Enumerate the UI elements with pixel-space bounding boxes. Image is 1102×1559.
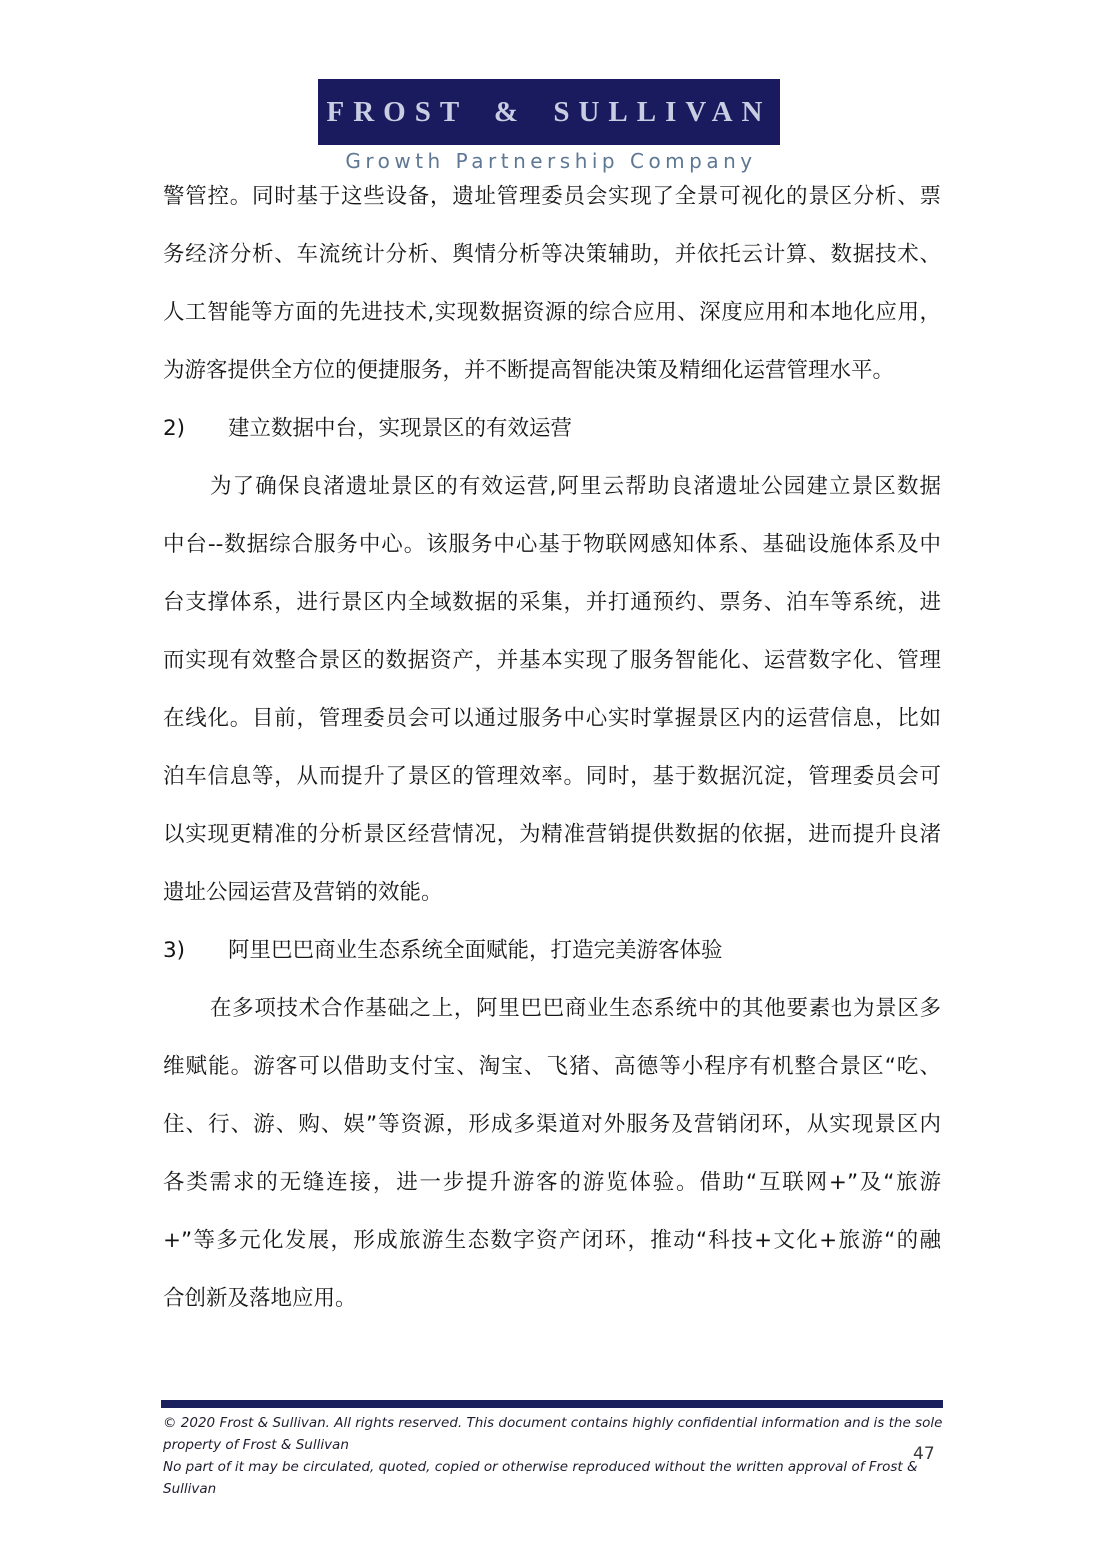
paragraph-2: 为了确保良渚遗址景区的有效运营,阿里云帮助良渚遗址公园建立景区数据 中台--数据… bbox=[163, 458, 941, 922]
paragraph-line: 警管控。同时基于这些设备，遗址管理委员会实现了全景可视化的景区分析、票 bbox=[163, 168, 941, 226]
paragraph-line: 中台--数据综合服务中心。该服务中心基于物联网感知体系、基础设施体系及中 bbox=[163, 516, 941, 574]
paragraph-line: 在线化。目前，管理委员会可以通过服务中心实时掌握景区内的运营信息，比如 bbox=[163, 690, 941, 748]
paragraph-line: 泊车信息等，从而提升了景区的管理效率。同时，基于数据沉淀，管理委员会可 bbox=[163, 748, 941, 806]
frost-sullivan-logo: FROST & SULLIVAN bbox=[318, 79, 780, 145]
document-body: 警管控。同时基于这些设备，遗址管理委员会实现了全景可视化的景区分析、票 务经济分… bbox=[163, 168, 941, 1328]
paragraph-line: 在多项技术合作基础之上，阿里巴巴商业生态系统中的其他要素也为景区多 bbox=[163, 980, 941, 1038]
paragraph-line: 各类需求的无缝连接，进一步提升游客的游览体验。借助“互联网+”及“旅游 bbox=[163, 1154, 941, 1212]
paragraph-line: 以实现更精准的分析景区经营情况，为精准营销提供数据的依据，进而提升良渚 bbox=[163, 806, 941, 864]
paragraph-line: 台支撑体系，进行景区内全域数据的采集，并打通预约、票务、泊车等系统，进 bbox=[163, 574, 941, 632]
paragraph-line: 务经济分析、车流统计分析、舆情分析等决策辅助，并依托云计算、数据技术、 bbox=[163, 226, 941, 284]
heading-text: 阿里巴巴商业生态系统全面赋能，打造完美游客体验 bbox=[228, 938, 723, 963]
section-heading-2: 2)建立数据中台，实现景区的有效运营 bbox=[163, 400, 941, 458]
paragraph-line: 而实现有效整合景区的数据资产，并基本实现了服务智能化、运营数字化、管理 bbox=[163, 632, 941, 690]
copyright-line-1: © 2020 Frost & Sullivan. All rights rese… bbox=[163, 1412, 943, 1456]
heading-text: 建立数据中台，实现景区的有效运营 bbox=[228, 416, 572, 441]
paragraph-1: 警管控。同时基于这些设备，遗址管理委员会实现了全景可视化的景区分析、票 务经济分… bbox=[163, 168, 941, 400]
heading-number: 2) bbox=[163, 400, 228, 458]
copyright-line-2: No part of it may be circulated, quoted,… bbox=[163, 1456, 943, 1500]
paragraph-line: 维赋能。游客可以借助支付宝、淘宝、飞猪、高德等小程序有机整合景区“吃、 bbox=[163, 1038, 941, 1096]
paragraph-line: 人工智能等方面的先进技术,实现数据资源的综合应用、深度应用和本地化应用， bbox=[163, 284, 941, 342]
page-number: 47 bbox=[913, 1444, 935, 1464]
logo-wordmark: FROST & SULLIVAN bbox=[327, 96, 772, 129]
paragraph-line: 为了确保良渚遗址景区的有效运营,阿里云帮助良渚遗址公园建立景区数据 bbox=[163, 458, 941, 516]
section-heading-3: 3)阿里巴巴商业生态系统全面赋能，打造完美游客体验 bbox=[163, 922, 941, 980]
paragraph-line: 合创新及落地应用。 bbox=[163, 1270, 941, 1328]
footer-divider-bar bbox=[161, 1400, 943, 1408]
footer-copyright: © 2020 Frost & Sullivan. All rights rese… bbox=[163, 1412, 943, 1500]
paragraph-line: +”等多元化发展，形成旅游生态数字资产闭环，推动“科技+文化+旅游“的融 bbox=[163, 1212, 941, 1270]
document-page: FROST & SULLIVAN Growth Partnership Comp… bbox=[0, 0, 1102, 1559]
paragraph-line: 住、行、游、购、娱”等资源，形成多渠道对外服务及营销闭环，从实现景区内 bbox=[163, 1096, 941, 1154]
paragraph-3: 在多项技术合作基础之上，阿里巴巴商业生态系统中的其他要素也为景区多 维赋能。游客… bbox=[163, 980, 941, 1328]
paragraph-line: 遗址公园运营及营销的效能。 bbox=[163, 864, 941, 922]
paragraph-line: 为游客提供全方位的便捷服务，并不断提高智能决策及精细化运营管理水平。 bbox=[163, 342, 941, 400]
heading-number: 3) bbox=[163, 922, 228, 980]
